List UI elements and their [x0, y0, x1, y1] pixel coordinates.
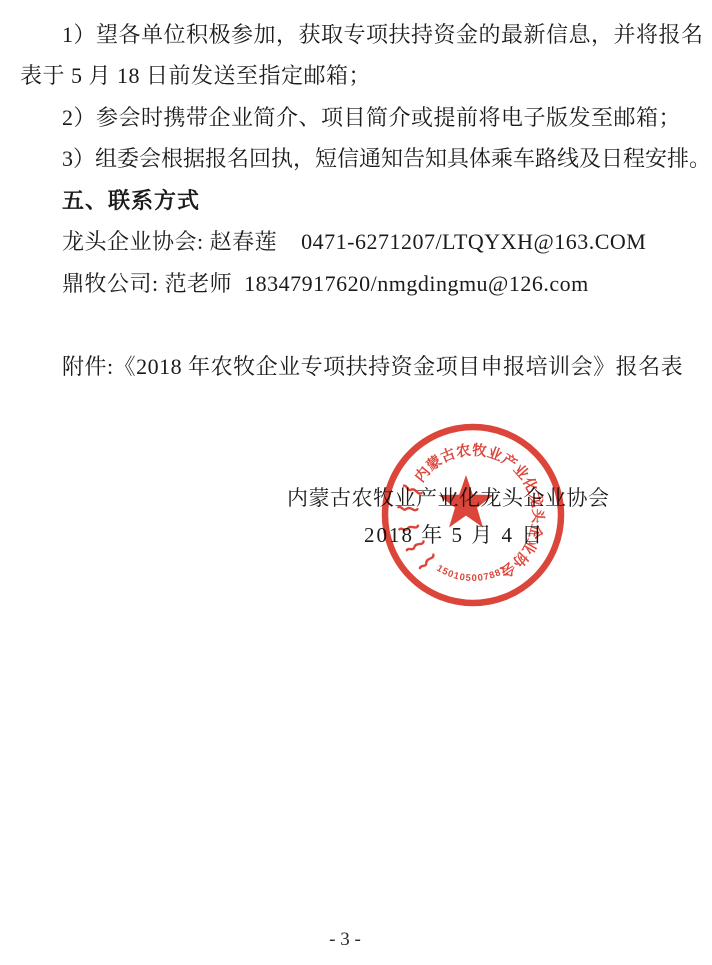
- signature-date: 2018 年 5 月 4 日: [364, 514, 544, 556]
- mongolian-stroke: [420, 554, 435, 569]
- note-line-4: 3）组委会根据报名回执，短信通知告知具体乘车路线及日程安排。: [20, 138, 712, 180]
- contact-line-association: 龙头企业协会: 赵春莲 0471-6271207/LTQYXH@163.COM: [20, 221, 712, 263]
- page-number: - 3 -: [0, 926, 690, 954]
- document-page: 1）望各单位积极参加，获取专项扶持资金的最新信息，并将报名 表于 5 月 18 …: [0, 0, 712, 965]
- section-heading: 五、联系方式: [20, 180, 712, 222]
- note-line-1: 1）望各单位积极参加，获取专项扶持资金的最新信息，并将报名: [20, 14, 712, 56]
- note-line-3: 2）参会时携带企业简介、项目简介或提前将电子版发至邮箱；: [20, 97, 712, 139]
- note-line-2: 表于 5 月 18 日前发送至指定邮箱；: [20, 55, 704, 97]
- contact-line-company: 鼎牧公司: 范老师 18347917620/nmgdingmu@126.com: [20, 263, 712, 305]
- signature-organization: 内蒙古农牧业产业化龙头企业协会: [287, 477, 610, 519]
- attachment-line: 附件:《2018 年农牧企业专项扶持资金项目申报培训会》报名表: [20, 346, 712, 388]
